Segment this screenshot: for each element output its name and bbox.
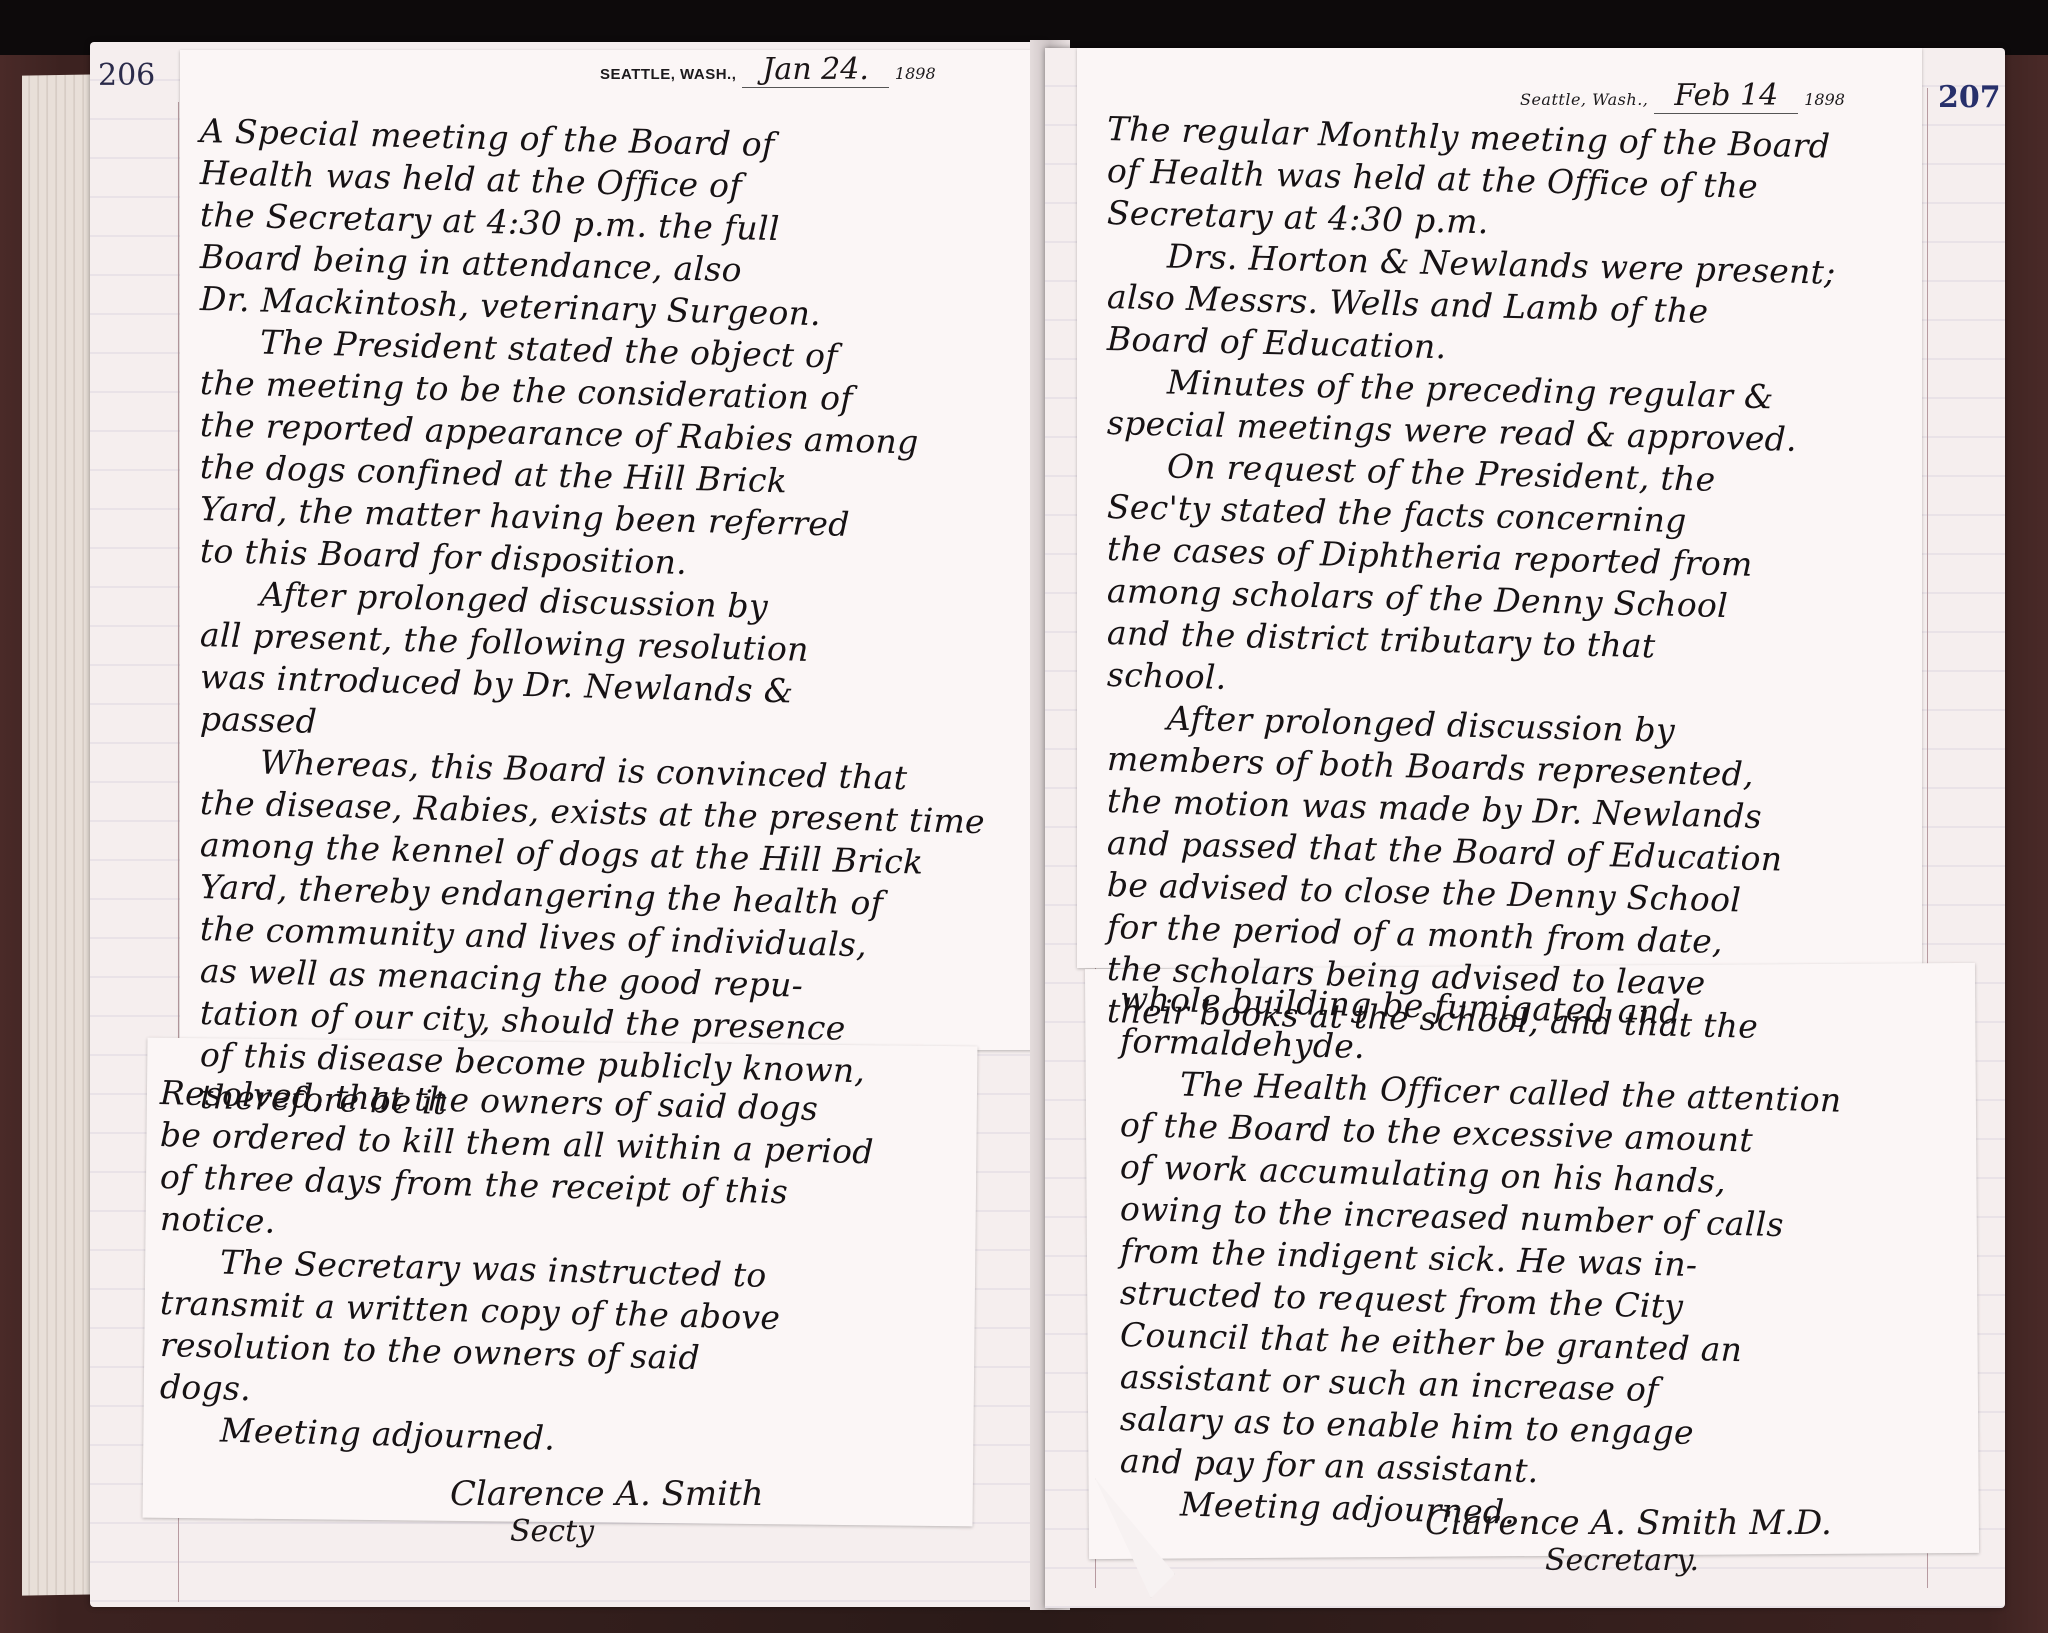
- dateline-printed: Seattle, Wash.,: [1520, 90, 1648, 109]
- minutes-text-lower: Resolved, that the owners of said dogsbe…: [160, 1072, 874, 1450]
- minutes-text-upper: The regular Monthly meeting of the Board…: [1107, 108, 1836, 1032]
- signature-name: Clarence A. Smith M.D.: [1425, 1503, 1832, 1543]
- minutes-text-lower: whole building be fumigated andformaldeh…: [1120, 978, 1842, 1524]
- minutes-text-upper: A Special meeting of the Board ofHealth …: [200, 110, 985, 1118]
- dateline-printed: SEATTLE, WASH.,: [600, 66, 736, 83]
- dateline-date: Jan 24.: [742, 52, 888, 88]
- dateline-year: 1898: [1804, 90, 1845, 109]
- dateline: SEATTLE, WASH., Jan 24. 1898: [600, 52, 936, 88]
- left-page: 206 SEATTLE, WASH., Jan 24. 1898 A Speci…: [90, 42, 1045, 1607]
- signature-title: Secty: [450, 1514, 764, 1549]
- signature-name: Clarence A. Smith: [450, 1474, 764, 1514]
- page-number: 206: [98, 58, 155, 93]
- signature-title: Secretary.: [1425, 1543, 1832, 1578]
- signature: Clarence A. Smith M.D. Secretary.: [1425, 1503, 1832, 1578]
- page-number: 207: [1938, 80, 2001, 115]
- dateline-year: 1898: [895, 64, 936, 83]
- right-page: 207 Seattle, Wash., Feb 14 1898 The regu…: [1045, 48, 2005, 1608]
- signature: Clarence A. Smith Secty: [450, 1474, 764, 1549]
- page-edges: [22, 74, 97, 1595]
